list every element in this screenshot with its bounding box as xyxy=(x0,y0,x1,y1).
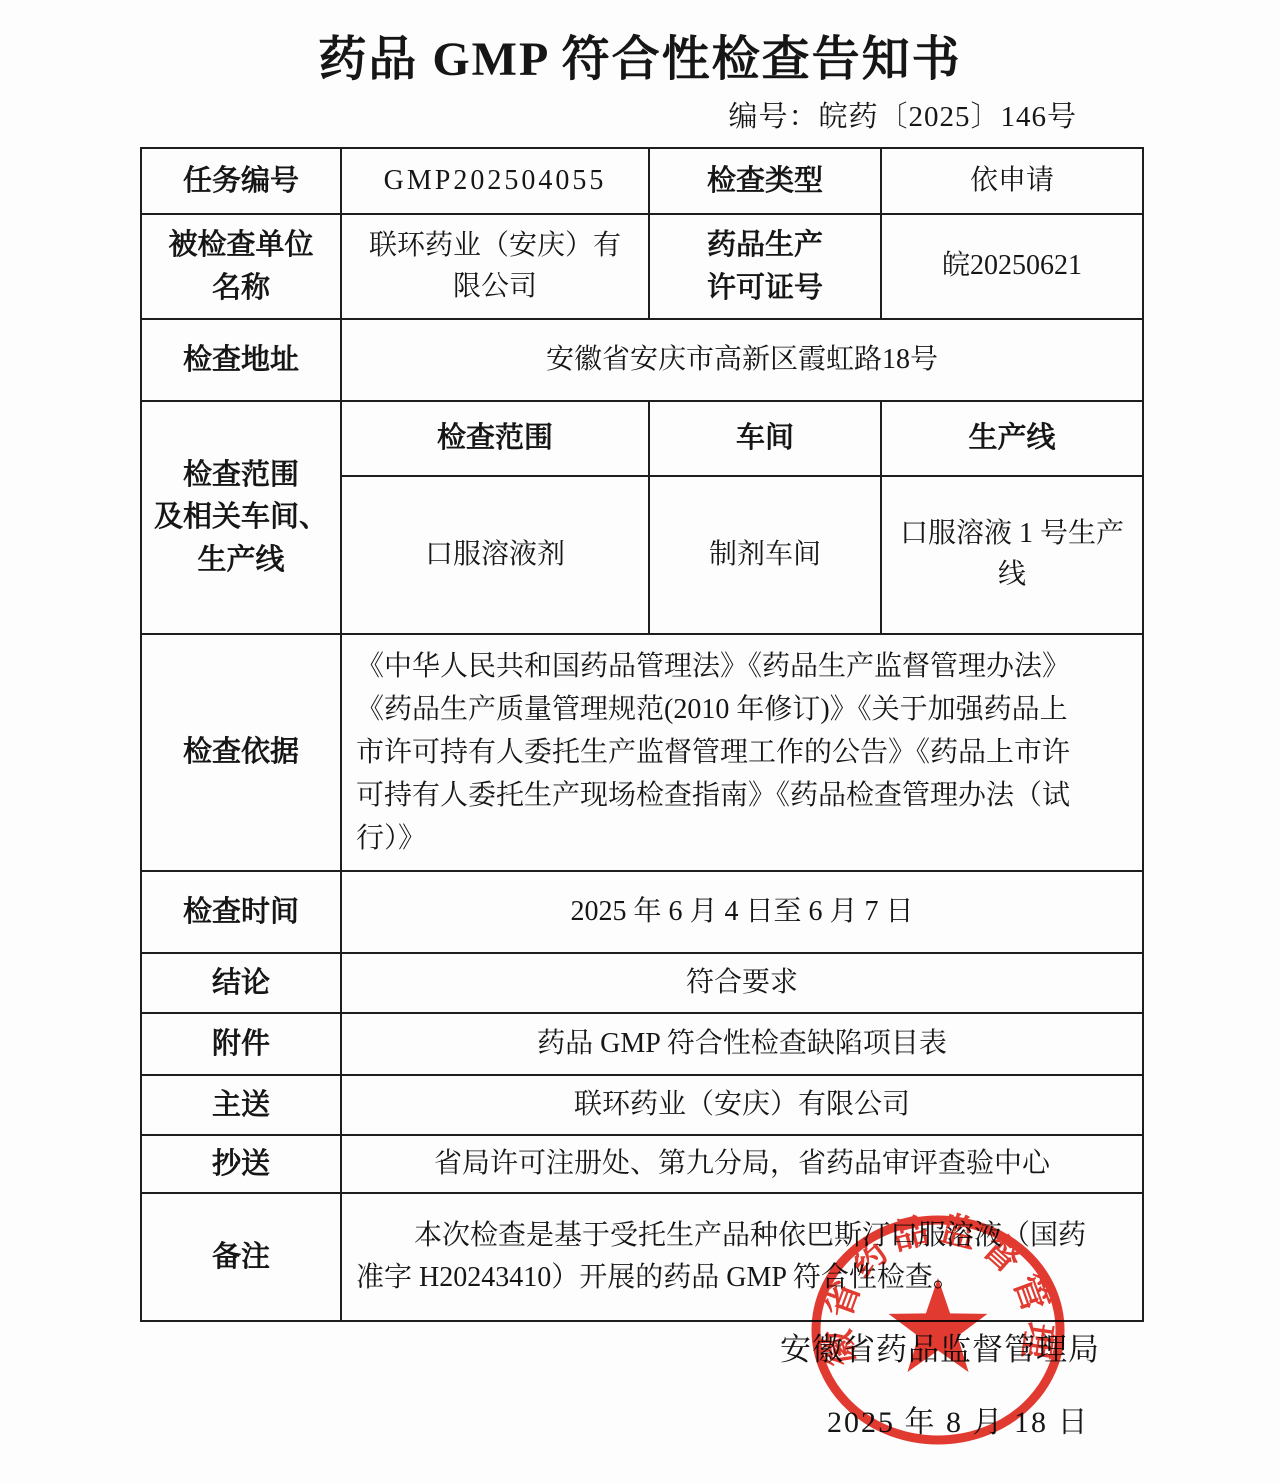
line-value: 口服溶液 1 号生产 线 xyxy=(881,476,1143,634)
table-row: 主送 联环药业（安庆）有限公司 xyxy=(141,1075,1143,1135)
scope-section-label: 检查范围 及相关车间、 生产线 xyxy=(141,401,341,634)
table-row: 检查地址 安徽省安庆市高新区霞虹路18号 xyxy=(141,319,1143,401)
remark-label: 备注 xyxy=(141,1193,341,1321)
inspected-unit-label: 被检查单位 名称 xyxy=(141,214,341,319)
workshop-column-header: 车间 xyxy=(649,401,881,476)
main-to-label: 主送 xyxy=(141,1075,341,1135)
address-value: 安徽省安庆市高新区霞虹路18号 xyxy=(341,319,1143,401)
table-row: 检查范围 及相关车间、 生产线 检查范围 车间 生产线 xyxy=(141,401,1143,476)
issue-date: 2025 年 8 月 18 日 xyxy=(827,1397,1090,1441)
table-row: 检查时间 2025 年 6 月 4 日至 6 月 7 日 xyxy=(141,871,1143,953)
scope-value: 口服溶液剂 xyxy=(341,476,649,634)
cc-value: 省局许可注册处、第九分局，省药品审评查验中心 xyxy=(341,1135,1143,1193)
inspected-unit-value: 联环药业（安庆）有 限公司 xyxy=(341,214,649,319)
workshop-value: 制剂车间 xyxy=(649,476,881,634)
issuing-org-name: 安徽省药品监督管理局 xyxy=(780,1324,1100,1369)
basis-value: 《中华人民共和国药品管理法》《药品生产监督管理办法》 《药品生产质量管理规范(2… xyxy=(341,634,1143,871)
table-row: 结论 符合要求 xyxy=(141,953,1143,1013)
conclusion-label: 结论 xyxy=(141,953,341,1013)
attachment-label: 附件 xyxy=(141,1013,341,1075)
license-number-value: 皖20250621 xyxy=(881,214,1143,319)
line-column-header: 生产线 xyxy=(881,401,1143,476)
cc-label: 抄送 xyxy=(141,1135,341,1193)
table-row: 检查依据 《中华人民共和国药品管理法》《药品生产监督管理办法》 《药品生产质量管… xyxy=(141,634,1143,871)
task-number-value: GMP202504055 xyxy=(341,148,649,214)
task-number-label: 任务编号 xyxy=(141,148,341,214)
table-row: 备注 本次检查是基于受托生产品种依巴斯汀口服溶液（国药 准字 H20243410… xyxy=(141,1193,1143,1321)
conclusion-value: 符合要求 xyxy=(341,953,1143,1013)
scope-column-header: 检查范围 xyxy=(341,401,649,476)
time-label: 检查时间 xyxy=(141,871,341,953)
time-value: 2025 年 6 月 4 日至 6 月 7 日 xyxy=(341,871,1143,953)
inspection-notice-table: 任务编号 GMP202504055 检查类型 依申请 被检查单位 名称 联环药业… xyxy=(140,147,1144,1322)
table-row: 抄送 省局许可注册处、第九分局，省药品审评查验中心 xyxy=(141,1135,1143,1193)
document-number: 编号：皖药〔2025〕146号 xyxy=(728,94,1077,135)
table-row: 附件 药品 GMP 符合性检查缺陷项目表 xyxy=(141,1013,1143,1075)
main-to-value: 联环药业（安庆）有限公司 xyxy=(341,1075,1143,1135)
table-row: 被检查单位 名称 联环药业（安庆）有 限公司 药品生产 许可证号 皖202506… xyxy=(141,214,1143,319)
document-title: 药品 GMP 符合性检查告知书 xyxy=(0,20,1280,89)
basis-label: 检查依据 xyxy=(141,634,341,871)
remark-value: 本次检查是基于受托生产品种依巴斯汀口服溶液（国药 准字 H20243410）开展… xyxy=(341,1193,1143,1321)
license-number-label: 药品生产 许可证号 xyxy=(649,214,881,319)
attachment-value: 药品 GMP 符合性检查缺陷项目表 xyxy=(341,1013,1143,1075)
table-row: 任务编号 GMP202504055 检查类型 依申请 xyxy=(141,148,1143,214)
address-label: 检查地址 xyxy=(141,319,341,401)
document-page: 药品 GMP 符合性检查告知书 编号：皖药〔2025〕146号 任务编号 GMP… xyxy=(0,0,1280,1483)
check-type-label: 检查类型 xyxy=(649,148,881,214)
check-type-value: 依申请 xyxy=(881,148,1143,214)
